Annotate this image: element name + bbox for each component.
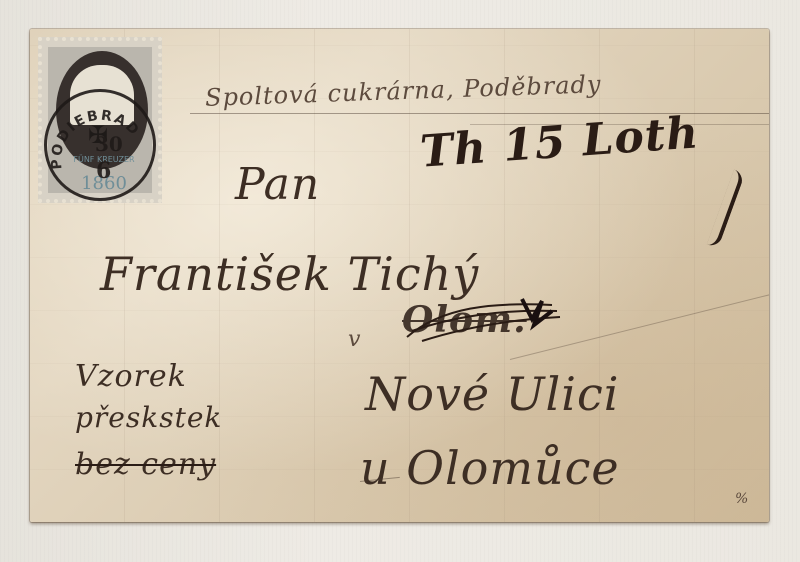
- sender-line: Spoltová cukrárna, Poděbrady: [205, 70, 602, 112]
- address-city: u Olomůce: [360, 441, 620, 495]
- side-note-line3: bez ceny: [75, 447, 216, 482]
- postmark-day: 30: [95, 132, 123, 156]
- postage-flourish-icon: [707, 169, 746, 248]
- side-note-line2: přeskstek: [75, 401, 222, 434]
- postmark-circle: PODIEBRAD 30 6: [44, 89, 156, 201]
- side-note-line1: Vzorek: [75, 359, 187, 394]
- corner-mark: %: [735, 491, 749, 507]
- address-street: Nové Ulici: [365, 367, 619, 421]
- ink-scribble-icon: [402, 297, 562, 343]
- address-struck-prefix: v: [348, 327, 361, 352]
- address-salutation: Pan: [235, 159, 320, 210]
- postmark-month: 6: [96, 158, 111, 184]
- letter-cover: ✠ FÜNF KREUZER 1860 PODIEBRAD 30 6 Spolt…: [30, 29, 769, 522]
- address-name: František Tichý: [100, 247, 479, 301]
- postage-note: Th 15 Loth: [419, 107, 701, 177]
